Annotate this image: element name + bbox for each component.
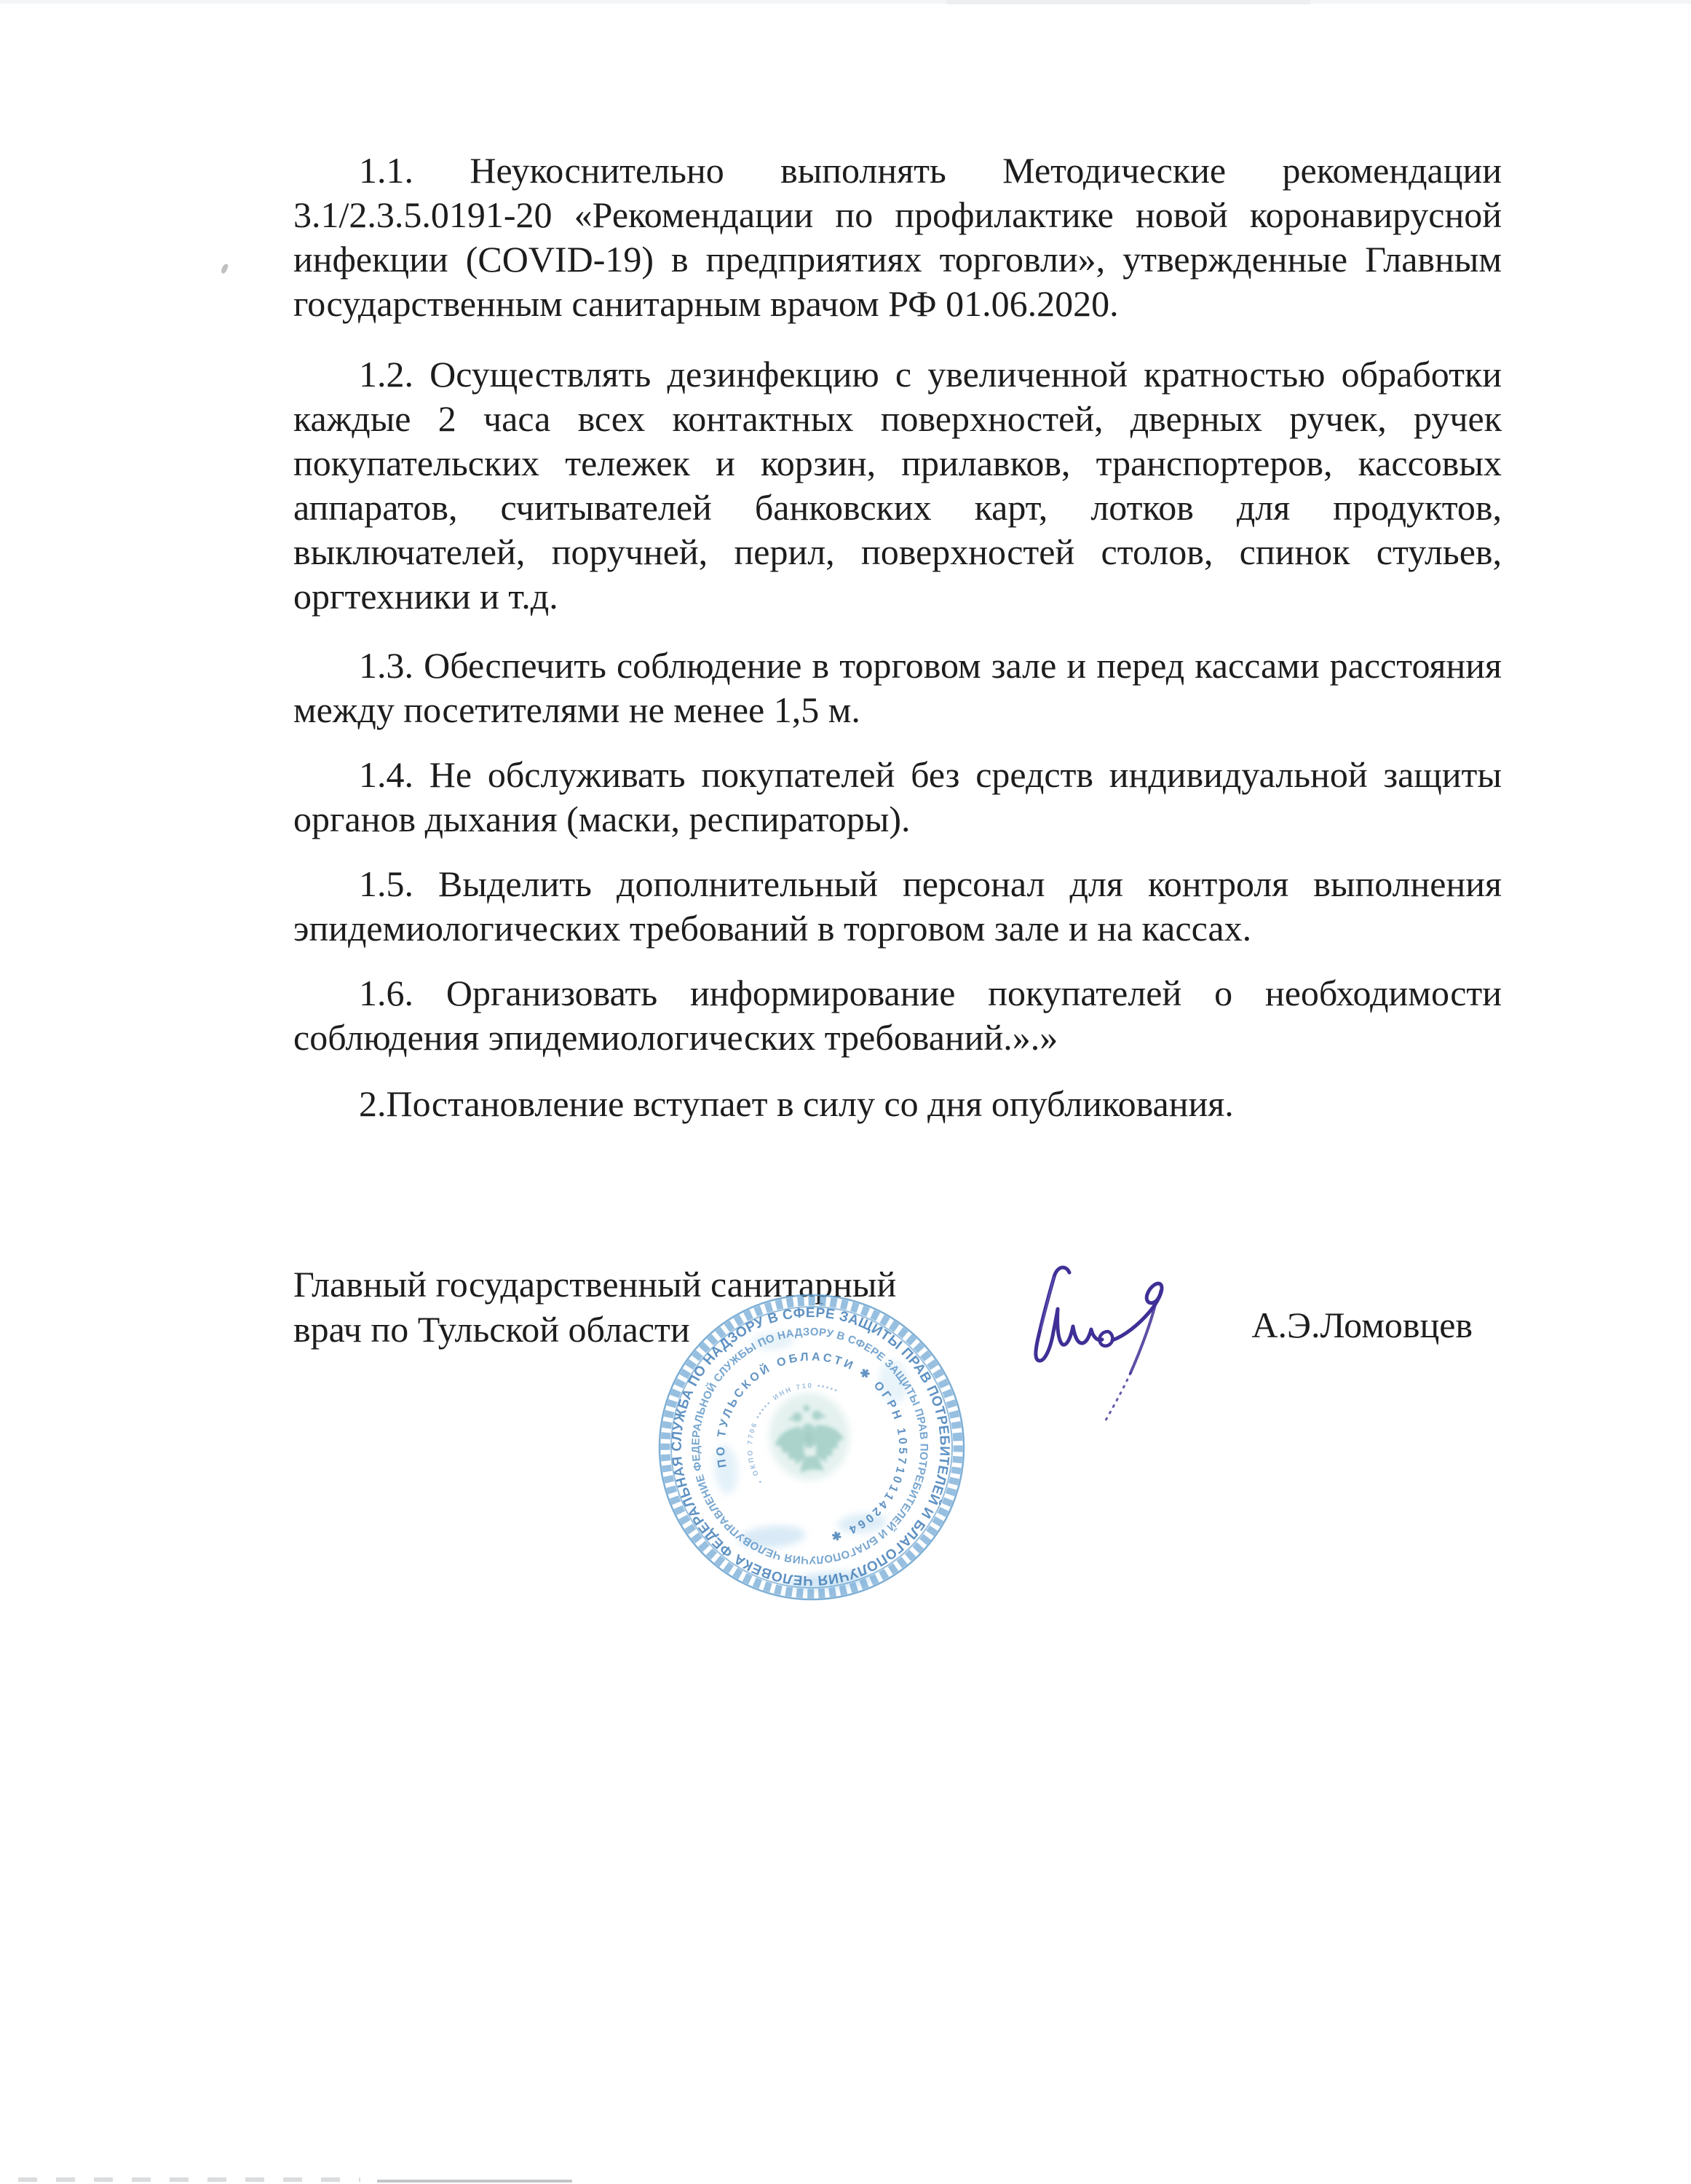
scan-bottom-dashes-artifact [18, 2177, 360, 2182]
text-line: 1.3. Обеспечить соблюдение в торговом за… [293, 644, 1502, 688]
text-line: каждые 2 часа всех контактных поверхност… [293, 397, 1502, 441]
paragraph-1-3: 1.3. Обеспечить соблюдение в торговом за… [293, 644, 1502, 732]
text-line: покупательских тележек и корзин, прилавк… [293, 441, 1502, 486]
text-line: выключателей, поручней, перил, поверхнос… [293, 530, 1502, 574]
text-line: 1.6. Организовать информирование покупат… [293, 971, 1502, 1016]
signer-name: А.Э.Ломовцев [1251, 1303, 1473, 1348]
paragraph-1-4: 1.4. Не обслуживать покупателей без сред… [293, 753, 1502, 842]
scan-speck-artifact [220, 263, 229, 274]
text-line: 1.2. Осуществлять дезинфекцию с увеличен… [293, 352, 1502, 397]
text-line: инфекции (COVID-19) в предприятиях торго… [293, 237, 1502, 282]
text-line: эпидемиологических требований в торговом… [293, 906, 1502, 951]
text-line: соблюдения эпидемиологических требований… [293, 1016, 1502, 1060]
scan-top-edge-artifact [0, 0, 1691, 4]
text-line: 1.1. Неукоснительно выполнять Методическ… [293, 149, 1502, 193]
text-line: 3.1/2.3.5.0191-20 «Рекомендации по профи… [293, 193, 1502, 237]
text-line: государственным санитарным врачом РФ 01.… [293, 282, 1502, 326]
emblem-ink-haze [766, 1390, 853, 1484]
scanned-document-page: 1.1. Неукоснительно выполнять Методическ… [0, 0, 1691, 2184]
official-round-stamp: ФЕДЕРАЛЬНАЯ СЛУЖБА ПО НАДЗОРУ В СФЕРЕ ЗА… [637, 1273, 986, 1622]
text-line: 1.5. Выделить дополнительный персонал дл… [293, 862, 1502, 906]
paragraph-1-5: 1.5. Выделить дополнительный персонал дл… [293, 862, 1502, 951]
text-line: оргтехники и т.д. [293, 574, 1502, 619]
text-line: 2.Постановление вступает в силу со дня о… [293, 1082, 1502, 1126]
text-line: органов дыхания (маски, респираторы). [293, 797, 1502, 842]
paragraph-1-6: 1.6. Организовать информирование покупат… [293, 971, 1502, 1060]
paragraph-2: 2.Постановление вступает в силу со дня о… [293, 1082, 1502, 1126]
paragraph-1-1: 1.1. Неукоснительно выполнять Методическ… [293, 149, 1502, 326]
handwritten-signature [1012, 1251, 1237, 1462]
paragraph-1-2: 1.2. Осуществлять дезинфекцию с увеличен… [293, 352, 1502, 619]
scan-bottom-line-artifact [377, 2180, 572, 2183]
text-line: между посетителями не менее 1,5 м. [293, 688, 1502, 732]
text-line: 1.4. Не обслуживать покупателей без сред… [293, 753, 1502, 797]
text-line: аппаратов, считывателей банковских карт,… [293, 486, 1502, 530]
scan-top-edge-artifact-dark [946, 0, 1310, 4]
